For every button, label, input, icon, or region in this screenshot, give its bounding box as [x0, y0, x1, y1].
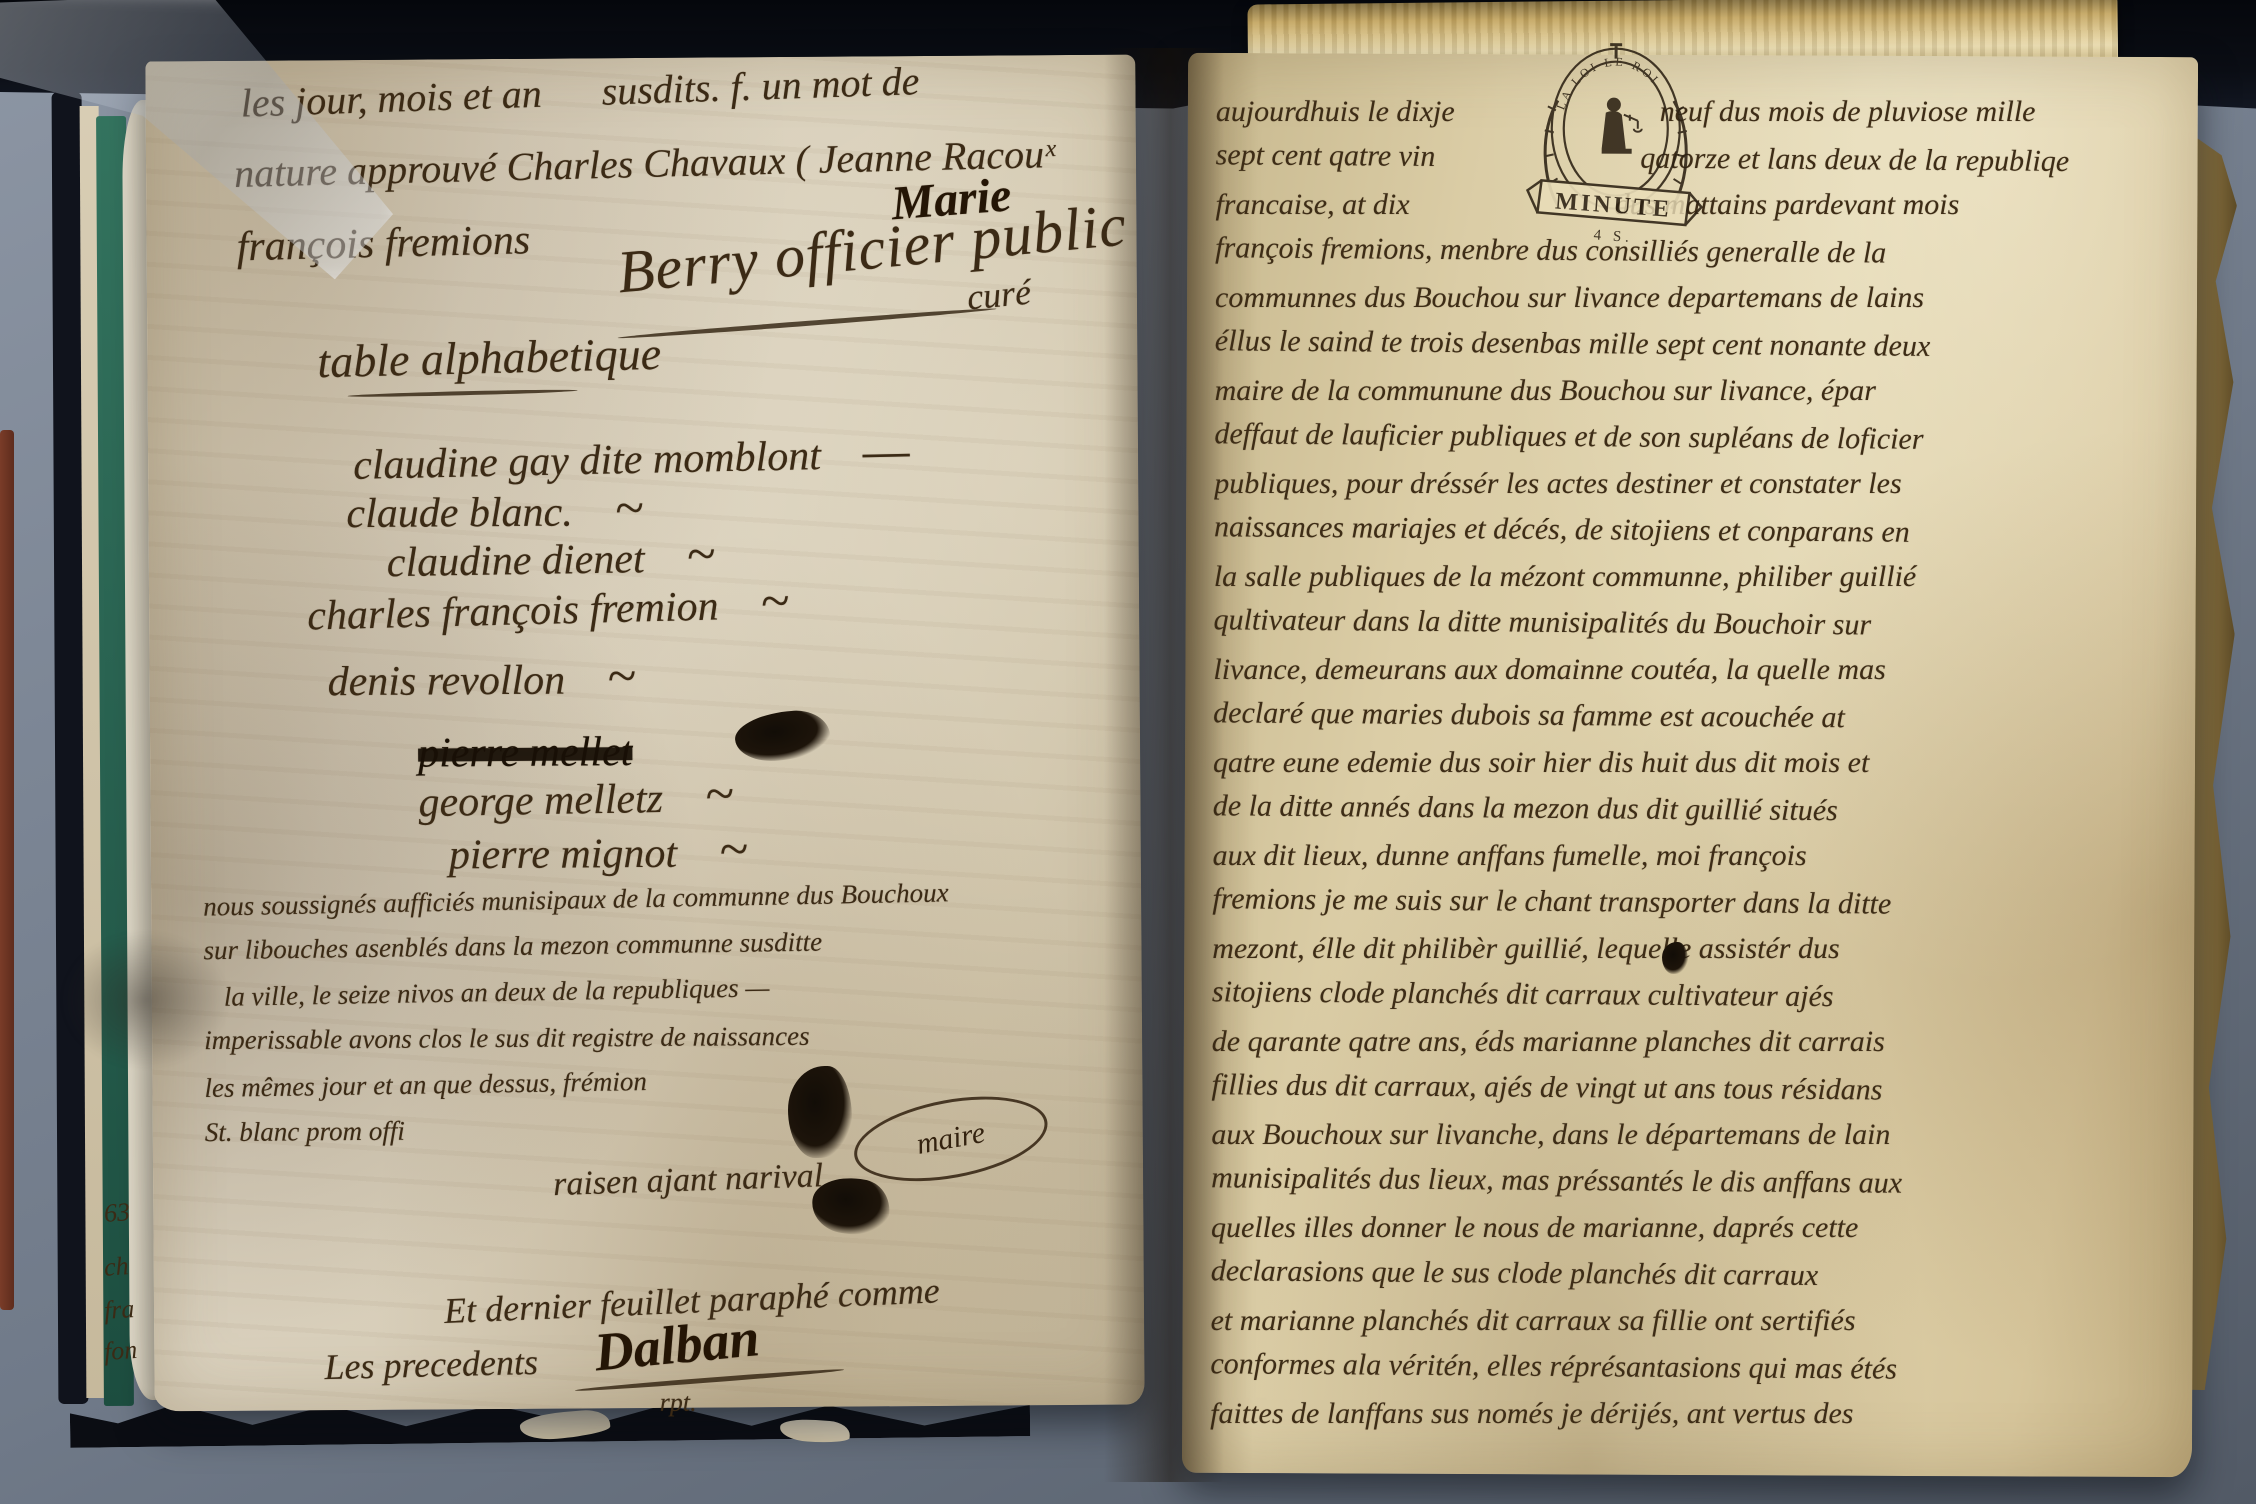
manuscript-line: conformes ala véritén, elles réprésantas… [1210, 1341, 2172, 1395]
manuscript-line: declarasions que le sus clode planchés d… [1211, 1248, 2173, 1302]
closing-line: St. blanc prom offi [205, 1116, 405, 1148]
manuscript-line: de la ditte annés dans la mezon dus dit … [1213, 783, 2175, 837]
closing-line: imperissable avons clos le sus dit regis… [204, 1021, 810, 1056]
name-flourish: ~ [719, 820, 748, 878]
scales-of-justice [1624, 115, 1642, 132]
manuscript-line: de qarante qatre ans, éds marianne planc… [1212, 1019, 2174, 1065]
figure-head [1607, 98, 1621, 112]
figure-body [1602, 111, 1626, 152]
line-left: francaise, at dix [1215, 182, 1409, 229]
closing-line: sur libouches asenblés dans la mezon com… [203, 927, 822, 967]
margin-note: 63 [103, 1197, 131, 1229]
justice-figure [1602, 98, 1642, 154]
maire-circled-signature: maire [847, 1083, 1054, 1195]
manuscript-line: et marianne planchés dit carraux sa fill… [1211, 1298, 2173, 1344]
left-header-line1: les jour, mois et an susdits. f. un mot … [240, 57, 920, 126]
manuscript-line: communnes dus Bouchou sur livance depart… [1215, 275, 2177, 322]
maire-text: maire [914, 1116, 988, 1162]
name-flourish: ~ [607, 647, 636, 705]
manuscript-line: la salle publiques de la mézont communne… [1214, 554, 2176, 601]
manuscript-line: aux dit lieux, dunne anffans fumelle, mo… [1213, 833, 2175, 879]
name-list-item: pierre mignot~ [449, 819, 748, 881]
manuscript-line: qatre eune edemie dus soir hier dis huit… [1213, 740, 2175, 786]
manuscript-line: livance, demeurans aux domainne coutéa, … [1213, 647, 2175, 693]
title-underline [348, 388, 578, 398]
manuscript-line: sitojiens clode planchés dit carraux cul… [1212, 969, 2174, 1023]
name-text: george melletz [418, 776, 663, 826]
manuscript-line: fremions je me suis sur le chant transpo… [1212, 876, 2174, 930]
line-left: aujourdhuis le dixje [1216, 89, 1455, 136]
name-flourish: ~ [760, 572, 790, 631]
ink-blot [788, 1066, 852, 1158]
ink-blot [1662, 942, 1688, 974]
manuscript-line: éllus le saind te trois desenbas mille s… [1215, 318, 2177, 372]
name-text: denis revollon [327, 658, 565, 706]
margin-note: ch [103, 1251, 130, 1283]
manuscript-line: fillies dus dit carraux, ajés de vingt u… [1211, 1062, 2173, 1116]
manuscript-line: maire de la communune dus Bouchou sur li… [1215, 368, 2177, 415]
manuscript-line: deffaut de lauficier publiques et de son… [1214, 411, 2176, 465]
table-edge-sliver [0, 430, 14, 1310]
signature-underline [618, 306, 997, 340]
name-list-item: denis revollon~ [327, 646, 635, 708]
minute-banner: MINUTE 4 S. [1527, 180, 1701, 246]
table-alphabetique-title: table alphabetique [317, 327, 662, 388]
manuscript-line: aux Bouchoux sur livanche, dans le dépar… [1211, 1112, 2173, 1159]
manuscript-line: publiques, pour dréssér les actes destin… [1214, 461, 2176, 508]
manuscript-line: quelles illes donner le nous de marianne… [1211, 1205, 2173, 1252]
name-flourish: ~ [704, 765, 733, 823]
dalban-sub: rpt. [660, 1388, 697, 1418]
stamp-value-text: 4 S. [1593, 227, 1633, 246]
name-flourish: — [862, 421, 910, 480]
margin-note: fra [103, 1294, 135, 1326]
manuscript-line: faittes de lanffans sus només je dérijés… [1210, 1391, 2172, 1437]
manuscript-photo: les jour, mois et an susdits. f. un mot … [0, 0, 2256, 1504]
closing-line: la ville, le seize nivos an deux de la r… [224, 972, 770, 1013]
left-page: les jour, mois et an susdits. f. un mot … [145, 55, 1144, 1412]
name-list-item: charles françois fremion~ [306, 571, 789, 643]
name-text: charles françois fremion [307, 584, 719, 640]
manuscript-line: qultivateur dans la ditte munisipalités … [1213, 597, 2175, 651]
minute-tax-stamp: LA LOI LE ROI MINUTE 4 S. [1525, 40, 1706, 255]
line-right: neuf dus mois de pluviose mille [1660, 89, 2036, 136]
right-page: aujourdhuis le dixje neuf dus mois de pl… [1182, 53, 2198, 1477]
figure-seat [1602, 149, 1632, 154]
manuscript-line: declaré que maries dubois sa famme est a… [1213, 690, 2175, 744]
berry-signature: Berry officier public [615, 191, 1130, 308]
manuscript-line: naissances mariajes et décés, de sitojie… [1214, 504, 2176, 558]
margin-note: fon [103, 1335, 138, 1367]
margin-smudge [60, 930, 230, 1070]
closing-line: les mêmes jour et an que dessus, frémion [204, 1066, 647, 1104]
closing-line: nous soussignés aufficiés munisipaux de … [203, 877, 949, 922]
paraph-line2: Les precedents [324, 1341, 539, 1388]
line-left: sept cent qatre vin [1215, 132, 1435, 180]
name-text: pierre mignot [449, 831, 678, 879]
manuscript-line: mezont, élle dit philibèr guillié, leque… [1212, 926, 2174, 972]
raison-line: raisen ajant narival [553, 1157, 824, 1204]
right-page-text: aujourdhuis le dixje neuf dus mois de pl… [1210, 87, 2178, 1440]
manuscript-line: munisipalités dus lieux, mas préssantés … [1211, 1155, 2173, 1209]
